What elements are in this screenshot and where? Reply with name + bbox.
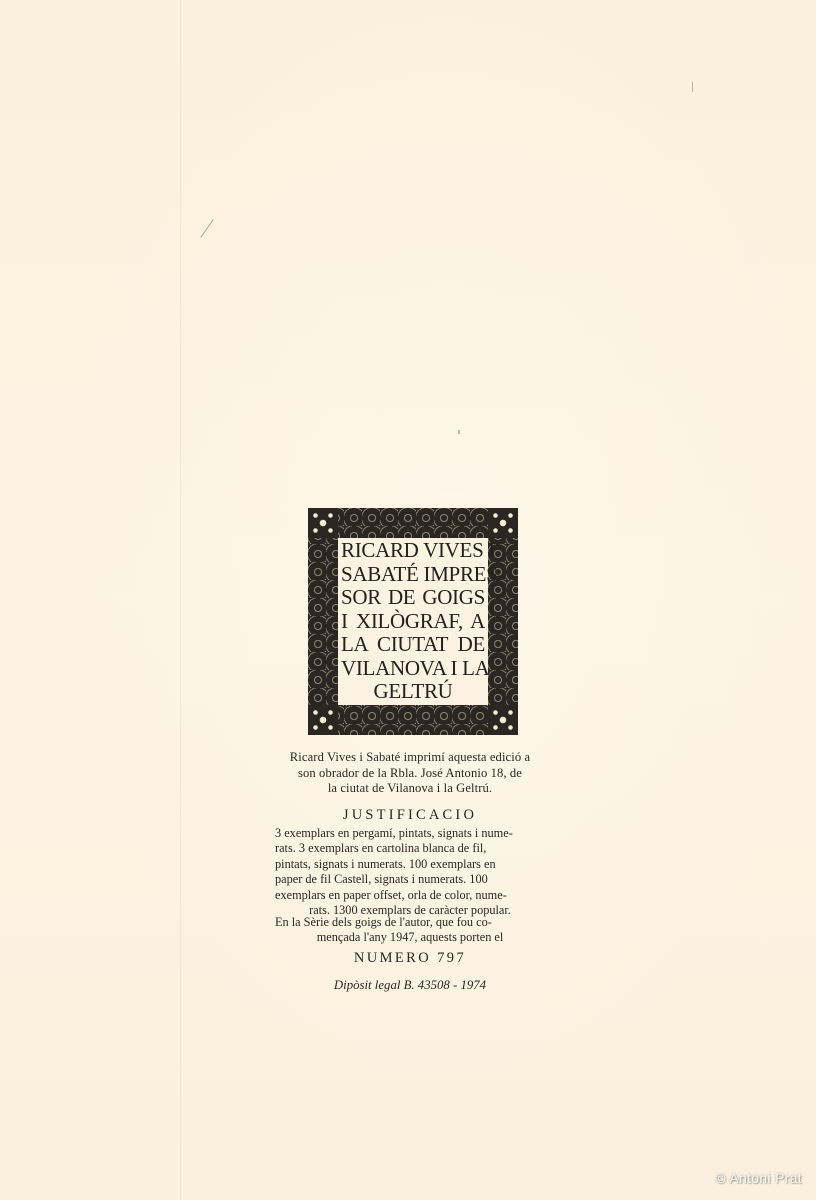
justificacio-line: 3 exemplars en pergamí, pintats, signats… (275, 826, 545, 841)
colophon-intro: Ricard Vives i Sabaté imprimí aquesta ed… (270, 750, 550, 797)
justificacio-line: exemplars en paper offset, orla de color… (275, 888, 545, 903)
serie-statement: En la Sèrie dels goigs de l'autor, que f… (275, 915, 545, 946)
printer-mark-text: RICARD VIVES I SABATÉ IMPRES- SOR DE GOI… (338, 538, 488, 705)
printer-mark-line: GELTRÚ (341, 680, 485, 704)
colophon-line: son obrador de la Rbla. José Antonio 18,… (270, 766, 550, 782)
justificacio-body: 3 exemplars en pergamí, pintats, signats… (275, 826, 545, 918)
legal-deposit: Dipòsit legal B. 43508 - 1974 (270, 978, 550, 993)
printer-mark-line: SOR DE GOIGS (341, 586, 485, 610)
paper-speck (458, 430, 460, 434)
justificacio-line: paper de fil Castell, signats i numerats… (275, 872, 545, 887)
copyright-watermark: © Antoni Prat (715, 1170, 802, 1186)
justificacio-line: rats. 3 exemplars en cartolina blanca de… (275, 841, 545, 856)
paper-fold-line (180, 0, 181, 1200)
corner-flower-ornament-icon (488, 508, 518, 538)
edition-number: NUMERO 797 (270, 950, 550, 967)
printer-mark-line: I XILÒGRAF, A (341, 610, 485, 634)
woodcut-ornamental-frame: RICARD VIVES I SABATÉ IMPRES- SOR DE GOI… (308, 508, 518, 735)
corner-flower-ornament-icon (308, 508, 338, 538)
justificacio-heading: JUSTIFICACIO (270, 807, 550, 824)
corner-flower-ornament-icon (488, 705, 518, 735)
printer-mark-line: RICARD VIVES I (341, 539, 485, 563)
justificacio-line: pintats, signats i numerats. 100 exempla… (275, 857, 545, 872)
printer-mark-line: SABATÉ IMPRES- (341, 563, 485, 587)
printer-mark-line: LA CIUTAT DE (341, 633, 485, 657)
printer-mark-line: VILANOVA I LA (341, 657, 485, 681)
colophon-line: Ricard Vives i Sabaté imprimí aquesta ed… (270, 750, 550, 766)
corner-flower-ornament-icon (308, 705, 338, 735)
paper-speck (692, 82, 693, 92)
serie-line: En la Sèrie dels goigs de l'autor, que f… (275, 915, 545, 930)
serie-line: mençada l'any 1947, aquests porten el (275, 930, 545, 945)
colophon-line: la ciutat de Vilanova i la Geltrú. (270, 781, 550, 797)
